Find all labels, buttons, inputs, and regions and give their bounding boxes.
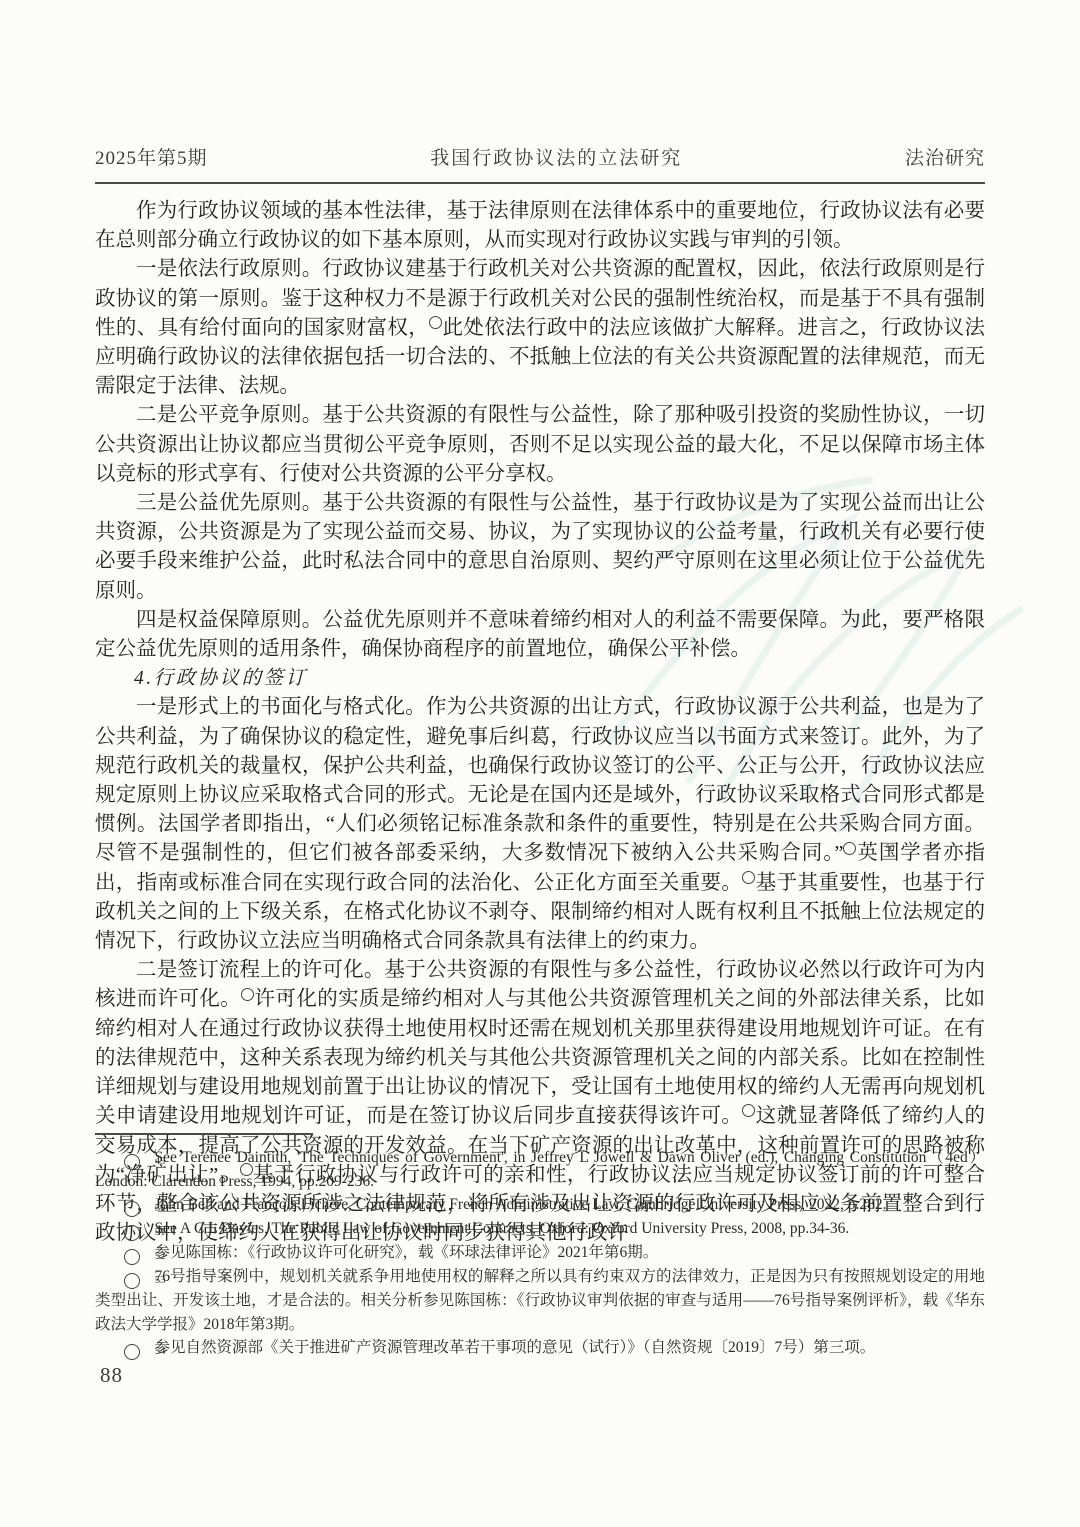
footnote-separator	[95, 1133, 313, 1135]
footnote-text: See Terenee Daintith, 'The Techniques of…	[95, 1149, 985, 1190]
footnote-ref[interactable]: 53	[742, 1099, 755, 1118]
footnote-text: 参见自然资源部《关于推进矿产资源管理改革若干事项的意见（试行）》（自然资规〔20…	[154, 1339, 875, 1356]
section-heading: 4.行政协议的签订	[95, 664, 985, 693]
text-run: 三是公益优先原则。基于公共资源的有限性与公益性，基于行政协议是为了实现公益而出让…	[95, 492, 985, 602]
footnote-item: 51See A C L Davies, The Public Law of Go…	[95, 1217, 985, 1241]
footnote-item: 5376号指导案例中，规划机关就系争用地使用权的解释之所以具有约束双方的法律效力…	[95, 1265, 985, 1336]
footnote-ref-number: 50	[843, 842, 856, 855]
footnote-ref-number: 51	[742, 871, 755, 884]
footnote-ref[interactable]: 50	[843, 837, 856, 856]
text-run: 二是公平竞争原则。基于公共资源的有限性与公益性，除了那种吸引投资的奖励性协议，一…	[95, 404, 985, 484]
footnote-item: 52参见陈国栋：《行政协议许可化研究》，载《环球法律评论》2021年第6期。	[95, 1241, 985, 1265]
footnote-text: 76号指导案例中，规划机关就系争用地使用权的解释之所以具有约束双方的法律效力，正…	[95, 1268, 985, 1332]
footnote-number: 50	[124, 1201, 140, 1217]
footnote-item: 50John Bell and François Lichère, Contem…	[95, 1193, 985, 1217]
journal-name: 法治研究	[905, 143, 985, 170]
body-paragraph: 四是权益保障原则。公益优先原则并不意味着缔约相对人的利益不需要保障。为此，要严格…	[95, 606, 985, 664]
footnote-ref-number: 52	[241, 988, 254, 1001]
footnote-item: 49See Terenee Daintith, 'The Techniques …	[95, 1146, 985, 1193]
footnote-item: 54参见自然资源部《关于推进矿产资源管理改革若干事项的意见（试行）》（自然资规〔…	[95, 1336, 985, 1360]
footnote-number: 53	[124, 1273, 140, 1289]
text-run: 四是权益保障原则。公益优先原则并不意味着缔约相对人的利益不需要保障。为此，要严格…	[95, 609, 985, 660]
footnote-number: 52	[124, 1249, 140, 1265]
body-paragraph: 二是公平竞争原则。基于公共资源的有限性与公益性，除了那种吸引投资的奖励性协议，一…	[95, 401, 985, 489]
article-body: 作为行政协议领域的基本性法律，基于法律原则在法律体系中的重要地位，行政协议法有必…	[95, 197, 985, 1248]
body-paragraph: 作为行政协议领域的基本性法律，基于法律原则在法律体系中的重要地位，行政协议法有必…	[95, 197, 985, 255]
footnote-number: 49	[124, 1154, 140, 1170]
footnote-ref[interactable]: 51	[742, 866, 755, 885]
footnote-text: John Bell and François Lichère, Contempo…	[154, 1196, 886, 1213]
footnote-text: See A C L Davies, The Public Law of Gove…	[154, 1220, 849, 1237]
text-run: 作为行政协议领域的基本性法律，基于法律原则在法律体系中的重要地位，行政协议法有必…	[95, 200, 985, 251]
footnote-number: 54	[124, 1344, 140, 1360]
page-header: 2025年第5期 我国行政协议法的立法研究 法治研究	[95, 143, 985, 184]
body-paragraph: 一是依法行政原则。行政协议建基于行政机关对公共资源的配置权，因此，依法行政原则是…	[95, 255, 985, 401]
footnote-ref-number: 49	[429, 316, 442, 329]
running-title: 我国行政协议法的立法研究	[430, 143, 682, 170]
footnote-ref-number: 53	[742, 1104, 755, 1117]
page-number: 88	[100, 1363, 123, 1388]
footnote-block: 49See Terenee Daintith, 'The Techniques …	[95, 1146, 985, 1360]
document-page: 2025年第5期 我国行政协议法的立法研究 法治研究 作为行政协议领域的基本性法…	[0, 0, 1080, 1527]
footnote-number: 51	[124, 1225, 140, 1241]
footnote-text: 参见陈国栋：《行政协议许可化研究》，载《环球法律评论》2021年第6期。	[154, 1244, 658, 1261]
footnote-ref[interactable]: 52	[241, 983, 254, 1002]
body-paragraph: 三是公益优先原则。基于公共资源的有限性与公益性，基于行政协议是为了实现公益而出让…	[95, 489, 985, 606]
body-paragraph: 一是形式上的书面化与格式化。作为公共资源的出让方式，行政协议源于公共利益，也是为…	[95, 693, 985, 956]
text-run: 4.行政协议的签订	[134, 668, 308, 689]
journal-issue: 2025年第5期	[95, 143, 208, 170]
footnote-ref[interactable]: 49	[429, 311, 442, 330]
